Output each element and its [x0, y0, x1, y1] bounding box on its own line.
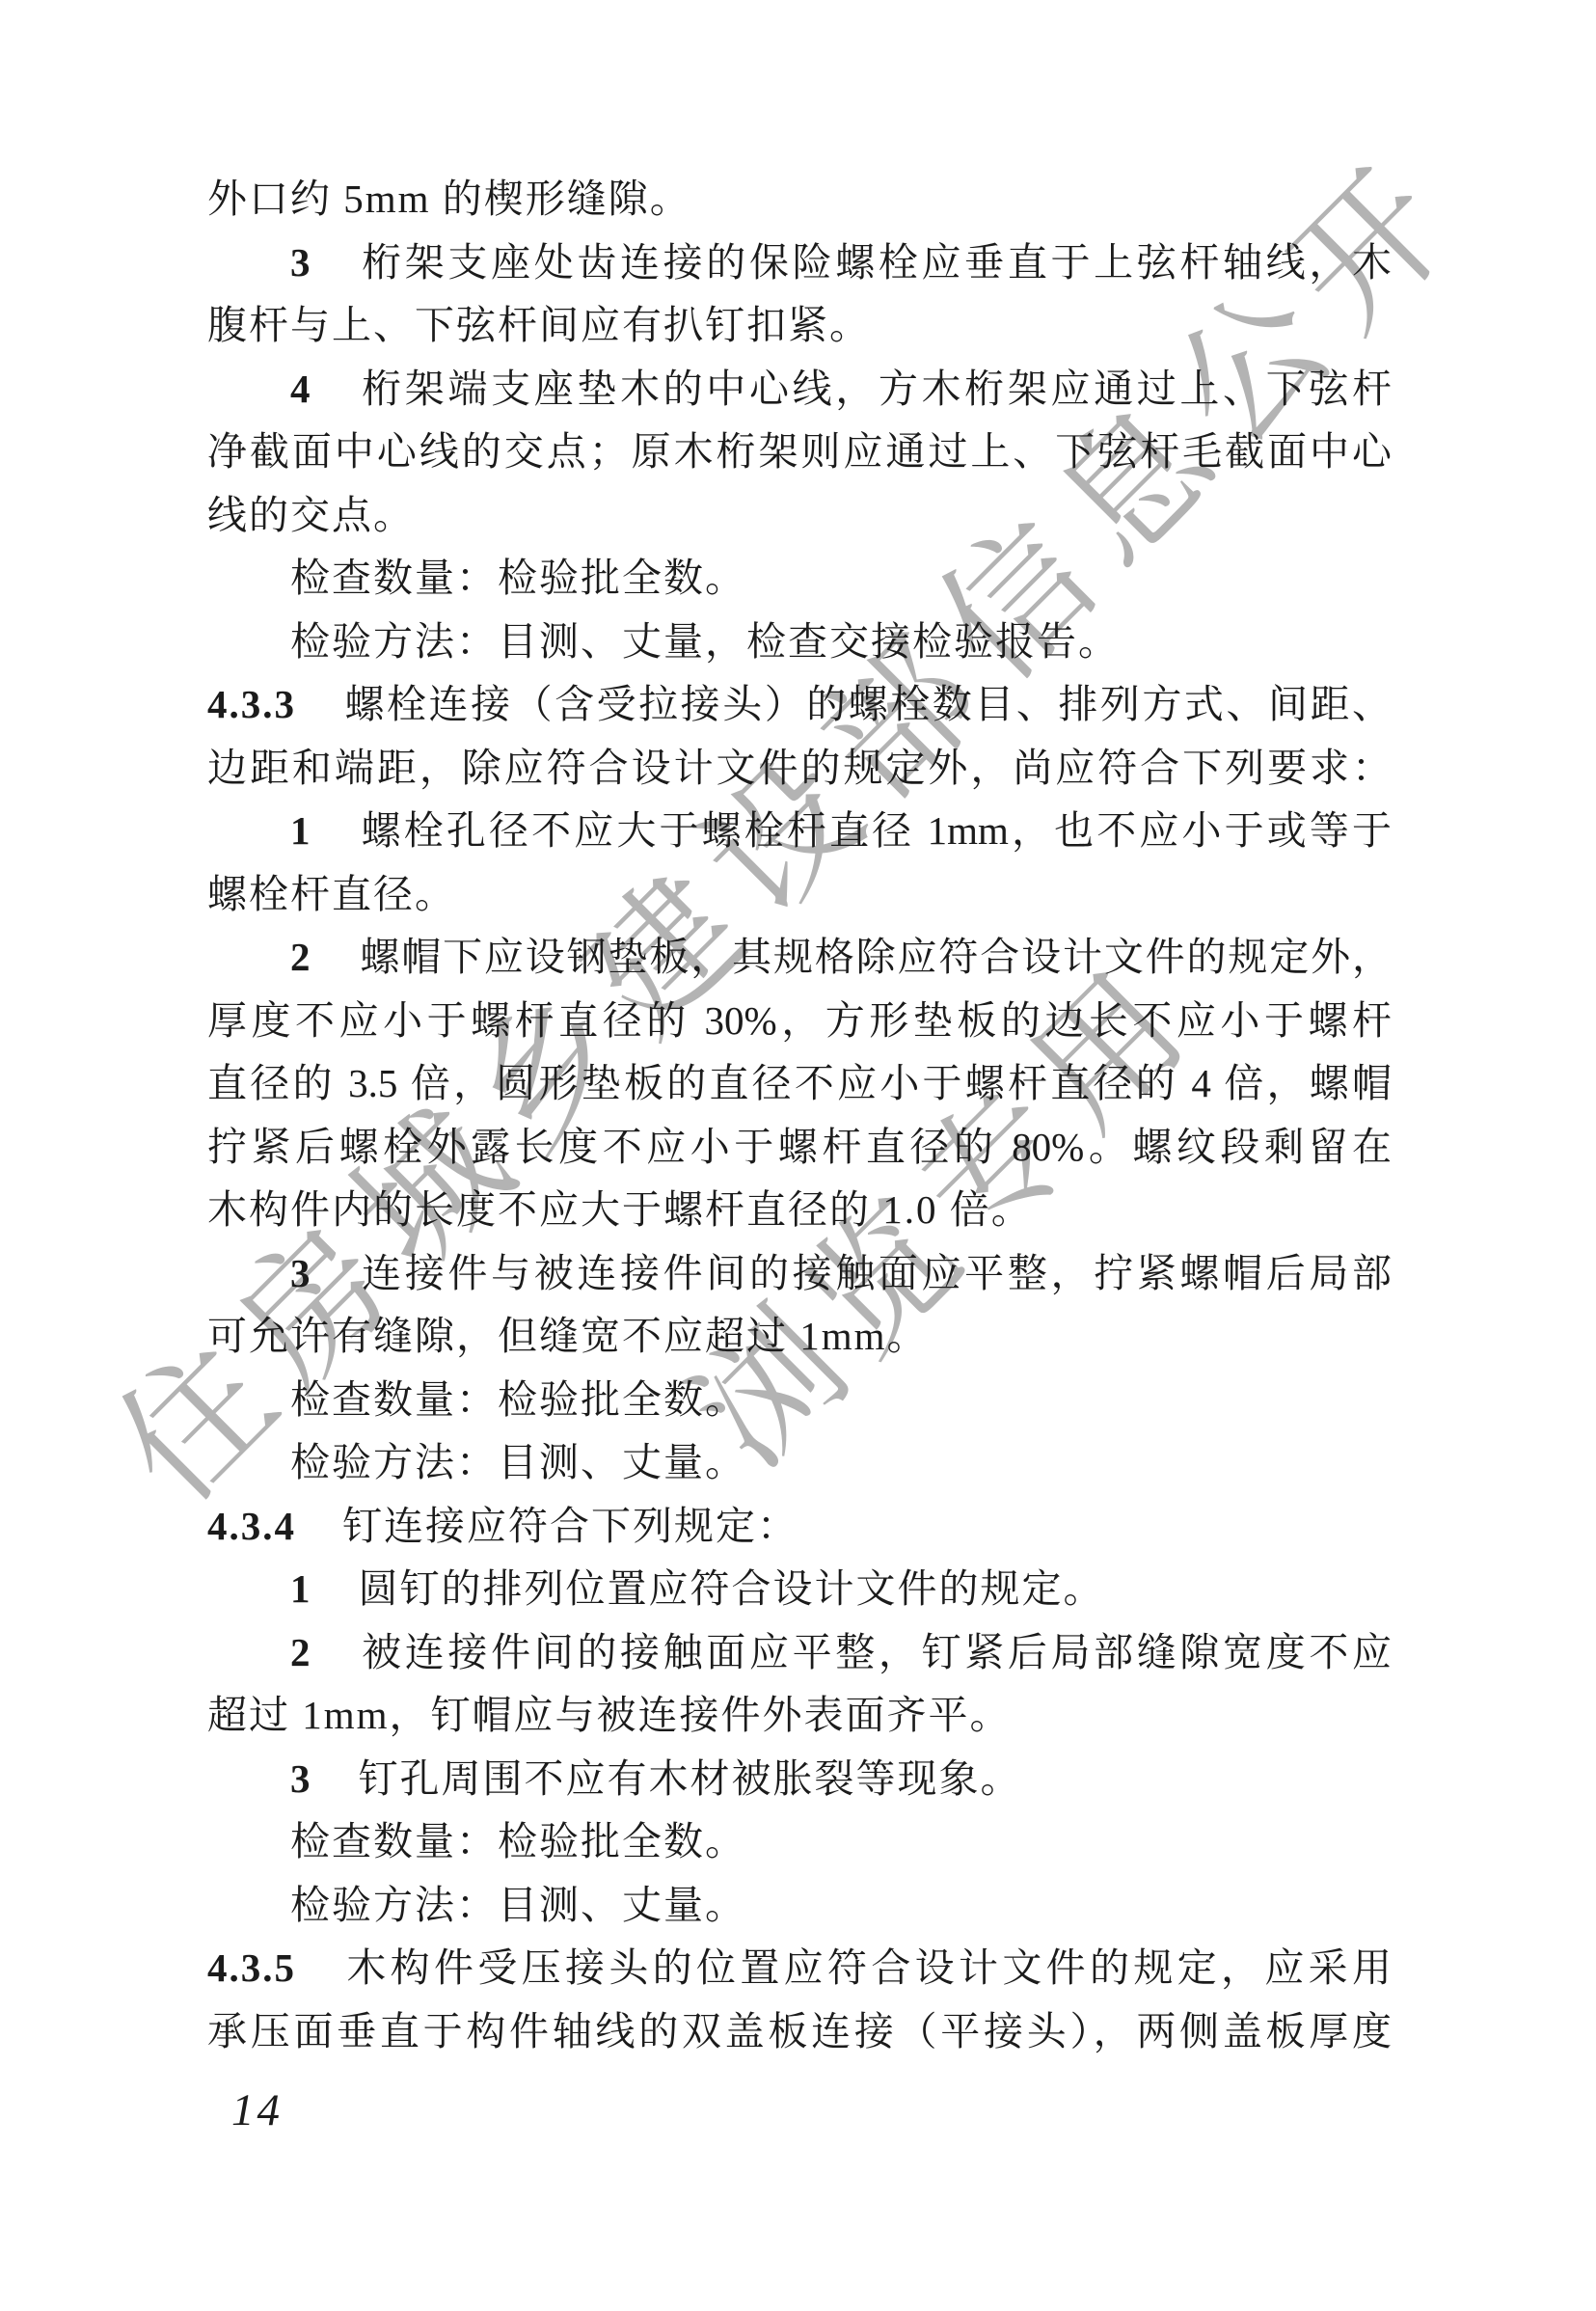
line-text: 螺栓连接（含受拉接头）的螺栓数目、排列方式、间距、 [342, 682, 1392, 726]
line-text: 承压面垂直于构件轴线的双盖板连接（平接头），两侧盖板厚度 [207, 2009, 1392, 2053]
line-text: 超过 1mm，钉帽应与被连接件外表面齐平。 [207, 1693, 1012, 1737]
line-number-prefix: 4.3.4 [207, 1495, 296, 1559]
line-text: 可允许有缝隙，但缝宽不应超过 1mm。 [207, 1314, 929, 1358]
line-text: 钉孔周围不应有木材被胀裂等现象。 [359, 1756, 1022, 1801]
line-number-prefix: 2 [290, 1621, 312, 1685]
text-line: 承压面垂直于构件轴线的双盖板连接（平接头），两侧盖板厚度 [207, 2000, 1392, 2064]
line-text: 螺栓孔径不应大于螺栓杆直径 1mm，也不应小于或等于 [359, 808, 1393, 853]
line-text: 螺帽下应设钢垫板，其规格除应符合设计文件的规定外， [359, 935, 1393, 979]
line-number-prefix: 4.3.3 [207, 673, 296, 737]
text-line: 螺栓杆直径。 [207, 863, 1392, 927]
line-number-prefix: 1 [290, 1558, 312, 1621]
line-text: 直径的 3.5 倍，圆形垫板的直径不应小于螺杆直径的 4 倍，螺帽 [207, 1061, 1392, 1105]
line-text: 木构件受压接头的位置应符合设计文件的规定，应采用 [342, 1945, 1392, 1990]
line-text: 净截面中心线的交点；原木桁架则应通过上、下弦杆毛截面中心 [207, 429, 1392, 474]
text-line: 直径的 3.5 倍，圆形垫板的直径不应小于螺杆直径的 4 倍，螺帽 [207, 1052, 1392, 1116]
line-number-prefix: 3 [290, 1242, 312, 1306]
line-text: 检查数量：检验批全数。 [290, 556, 746, 600]
line-number-prefix: 1 [290, 800, 312, 863]
text-line: 腹杆与上、下弦杆间应有扒钉扣紧。 [207, 294, 1392, 358]
text-line: 超过 1mm，钉帽应与被连接件外表面齐平。 [207, 1684, 1392, 1748]
text-line: 检验方法：目测、丈量，检查交接检验报告。 [207, 611, 1392, 674]
line-text: 腹杆与上、下弦杆间应有扒钉扣紧。 [207, 303, 871, 347]
text-line: 4.3.4钉连接应符合下列规定： [207, 1495, 1392, 1559]
line-text: 连接件与被连接件间的接触面应平整，拧紧螺帽后局部 [359, 1251, 1393, 1295]
text-line: 4.3.5木构件受压接头的位置应符合设计文件的规定，应采用 [207, 1937, 1392, 2000]
line-number-prefix: 3 [290, 1748, 312, 1811]
text-line: 外口约 5mm 的楔形缝隙。 [207, 168, 1392, 231]
line-text: 桁架端支座垫木的中心线，方木桁架应通过上、下弦杆 [359, 367, 1393, 411]
line-number-prefix: 4.3.5 [207, 1937, 296, 2000]
text-line: 木构件内的长度不应大于螺杆直径的 1.0 倍。 [207, 1179, 1392, 1242]
text-line: 3钉孔周围不应有木材被胀裂等现象。 [207, 1748, 1392, 1811]
line-text: 木构件内的长度不应大于螺杆直径的 1.0 倍。 [207, 1187, 1033, 1232]
line-number-prefix: 3 [290, 231, 312, 295]
text-line: 检验方法：目测、丈量。 [207, 1874, 1392, 1938]
line-text: 边距和端距，除应符合设计文件的规定外，尚应符合下列要求： [207, 746, 1392, 790]
text-line: 3连接件与被连接件间的接触面应平整，拧紧螺帽后局部 [207, 1242, 1392, 1306]
line-text: 外口约 5mm 的楔形缝隙。 [207, 177, 691, 221]
line-number-prefix: 4 [290, 358, 312, 421]
text-line: 2被连接件间的接触面应平整，钉紧后局部缝隙宽度不应 [207, 1621, 1392, 1685]
text-line: 拧紧后螺栓外露长度不应小于螺杆直径的 80%。螺纹段剩留在 [207, 1116, 1392, 1180]
line-text: 检查数量：检验批全数。 [290, 1377, 746, 1422]
text-line: 线的交点。 [207, 484, 1392, 548]
line-text: 厚度不应小于螺杆直径的 30%，方形垫板的边长不应小于螺杆 [207, 998, 1392, 1043]
text-line: 厚度不应小于螺杆直径的 30%，方形垫板的边长不应小于螺杆 [207, 990, 1392, 1053]
text-line: 4.3.3螺栓连接（含受拉接头）的螺栓数目、排列方式、间距、 [207, 673, 1392, 737]
text-line: 1圆钉的排列位置应符合设计文件的规定。 [207, 1558, 1392, 1621]
text-line: 1螺栓孔径不应大于螺栓杆直径 1mm，也不应小于或等于 [207, 800, 1392, 863]
text-line: 4桁架端支座垫木的中心线，方木桁架应通过上、下弦杆 [207, 358, 1392, 421]
text-line: 检查数量：检验批全数。 [207, 1369, 1392, 1432]
text-line: 检验方法：目测、丈量。 [207, 1431, 1392, 1495]
line-text: 钉连接应符合下列规定： [342, 1504, 798, 1548]
text-line: 边距和端距，除应符合设计文件的规定外，尚应符合下列要求： [207, 737, 1392, 801]
document-page: 住房城乡建设部信息公开 浏览专用 外口约 5mm 的楔形缝隙。 3桁架支座处齿连… [0, 0, 1596, 2311]
line-text: 检验方法：目测、丈量。 [290, 1440, 746, 1484]
text-line: 2螺帽下应设钢垫板，其规格除应符合设计文件的规定外， [207, 926, 1392, 990]
line-text: 拧紧后螺栓外露长度不应小于螺杆直径的 80%。螺纹段剩留在 [207, 1125, 1392, 1169]
text-line: 检查数量：检验批全数。 [207, 547, 1392, 611]
line-text: 检查数量：检验批全数。 [290, 1819, 746, 1863]
line-text: 螺栓杆直径。 [207, 872, 456, 916]
line-text: 圆钉的排列位置应符合设计文件的规定。 [359, 1566, 1105, 1611]
text-line: 净截面中心线的交点；原木桁架则应通过上、下弦杆毛截面中心 [207, 421, 1392, 484]
line-number-prefix: 2 [290, 926, 312, 990]
line-text: 检验方法：目测、丈量，检查交接检验报告。 [290, 619, 1120, 664]
text-line: 检查数量：检验批全数。 [207, 1810, 1392, 1874]
line-text: 线的交点。 [207, 493, 415, 537]
line-text: 被连接件间的接触面应平整，钉紧后局部缝隙宽度不应 [359, 1630, 1393, 1674]
line-text: 检验方法：目测、丈量。 [290, 1883, 746, 1927]
text-line: 3桁架支座处齿连接的保险螺栓应垂直于上弦杆轴线，木 [207, 231, 1392, 295]
page-number: 14 [231, 2083, 283, 2137]
body-text: 外口约 5mm 的楔形缝隙。 3桁架支座处齿连接的保险螺栓应垂直于上弦杆轴线，木… [207, 168, 1392, 2063]
text-line: 可允许有缝隙，但缝宽不应超过 1mm。 [207, 1305, 1392, 1369]
line-text: 桁架支座处齿连接的保险螺栓应垂直于上弦杆轴线，木 [359, 240, 1393, 285]
